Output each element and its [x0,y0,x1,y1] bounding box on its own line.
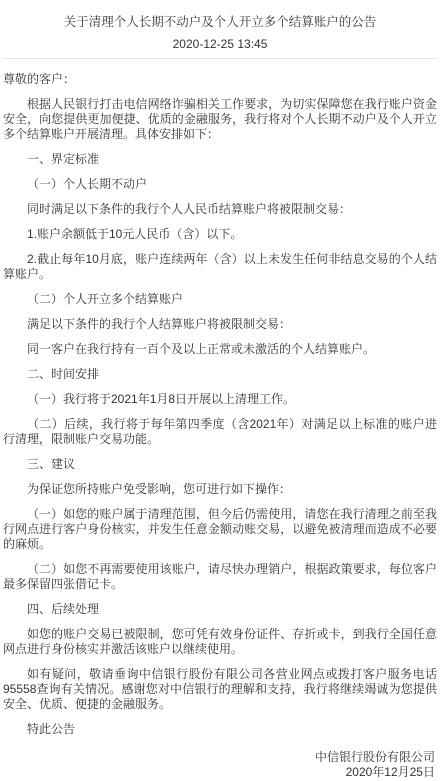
announcement-page: 关于清理个人长期不动户及个人开立多个结算账户的公告 2020-12-25 13:… [0,0,440,781]
section-4-heading: 四、后续处理 [3,602,437,617]
page-title: 关于清理个人长期不动户及个人开立多个结算账户的公告 [3,14,437,30]
publish-datetime: 2020-12-25 13:45 [3,37,437,51]
signature-date: 2020年12月25日 [3,765,435,780]
section-1-heading: 一、界定标准 [3,152,437,167]
paragraph: （二）如您不再需要使用该账户，请尽快办理销户，根据政策要求，每位客户最多保留四张… [3,562,437,592]
announcement-body: 尊敬的客户： 根据人民银行打击电信网络诈骗相关工作要求，为切实保障您在我行账户资… [3,72,437,737]
section-2-heading: 二、时间安排 [3,367,437,382]
section-1-2-heading: （二）个人开立多个结算账户 [3,292,437,307]
paragraph: 如您的账户交易已被限制，您可凭有效身份证件、存折或卡，到我行全国任意网点进行身份… [3,627,437,657]
closing-line: 特此公告 [3,722,437,737]
paragraph-intro: 根据人民银行打击电信网络诈骗相关工作要求，为切实保障您在我行账户资金安全，向您提… [3,97,437,142]
list-item-2: 2.截止每年10月底，账户连续两年（含）以上未发生任何非结息交易的个人结算账户。 [3,252,437,282]
paragraph: 同一客户在我行持有一百个及以上正常或未激活的个人结算账户。 [3,342,437,357]
paragraph: 如有疑问，敬请垂询中信银行股份有限公司各营业网点或拨打客户服务电话95558查询… [3,667,437,712]
paragraph: （一）如您的账户属于清理范围，但今后仍需使用，请您在我行清理之前至我行网点进行客… [3,507,437,552]
paragraph: 为保证您所持账户免受影响，您可进行如下操作： [3,482,437,497]
section-1-1-heading: （一）个人长期不动户 [3,177,437,192]
paragraph: 满足以下条件的我行个人结算账户将被限制交易： [3,317,437,332]
signature-block: 中信银行股份有限公司 2020年12月25日 [3,750,437,780]
section-3-heading: 三、建议 [3,457,437,472]
signature-company: 中信银行股份有限公司 [3,750,435,765]
paragraph: （一）我行将于2021年1月8日开展以上清理工作。 [3,392,437,407]
header-divider [3,58,437,59]
salutation: 尊敬的客户： [3,72,437,87]
list-item-1: 1.账户余额低于10元人民币（含）以下。 [3,227,437,242]
paragraph: 同时满足以下条件的我行个人人民币结算账户将被限制交易： [3,202,437,217]
paragraph: （二）后续，我行将于每年第四季度（含2021年）对满足以上标准的账户进行清理，限… [3,417,437,447]
